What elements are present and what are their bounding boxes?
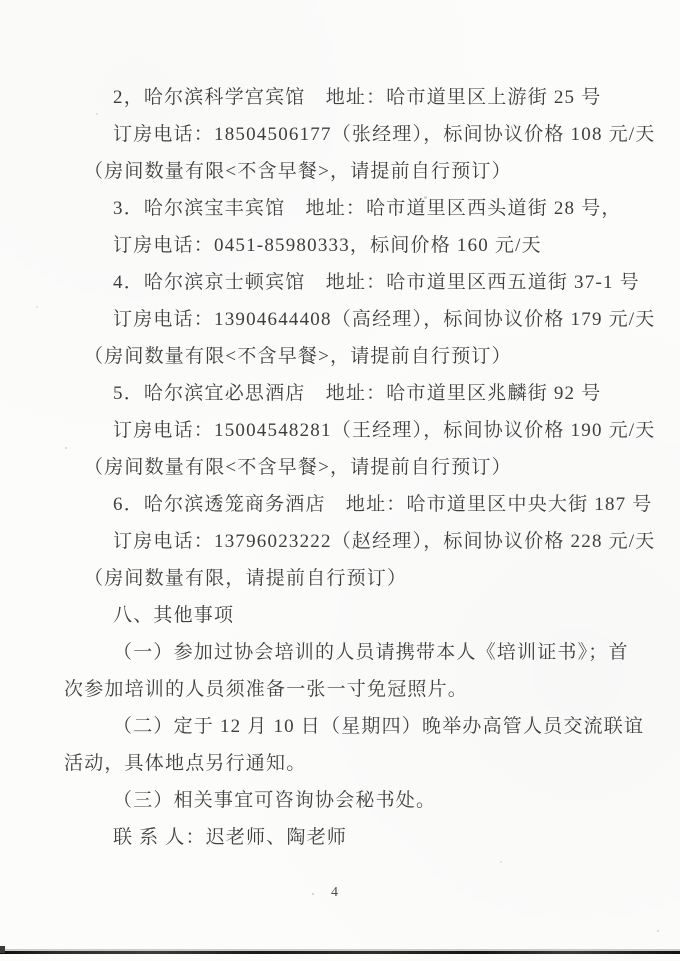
page-number: 4 bbox=[331, 884, 338, 902]
scan-speck bbox=[65, 447, 67, 449]
other-item-line: 次参加培训的人员须准备一张一寸免冠照片。 bbox=[0, 671, 640, 708]
hotel-entry-heading: 2，哈尔滨科学宫宾馆 地址：哈市道里区上游街 25 号 bbox=[0, 79, 640, 116]
hotel-entry-phone: 订房电话：15004548281（王经理），标间协议价格 190 元/天 bbox=[0, 412, 640, 449]
other-item-line: （一）参加过协会培训的人员请携带本人《培训证书》；首 bbox=[0, 634, 640, 671]
hotel-entry-phone: 订房电话：13904644408（高经理），标间协议价格 179 元/天 bbox=[0, 301, 640, 338]
hotel-entry-heading: 5．哈尔滨宜必思酒店 地址：哈市道里区兆麟街 92 号 bbox=[0, 375, 640, 412]
scan-speck bbox=[657, 930, 659, 932]
hotel-entry-heading: 3．哈尔滨宝丰宾馆 地址：哈市道里区西头道街 28 号， bbox=[0, 190, 640, 227]
hotel-entry-heading: 4．哈尔滨京士顿宾馆 地址：哈市道里区西五道街 37-1 号 bbox=[0, 264, 640, 301]
scan-speck bbox=[424, 196, 427, 199]
hotel-entry-phone: 订房电话：13796023222（赵经理），标间协议价格 228 元/天 bbox=[0, 523, 640, 560]
other-item-line: 活动，具体地点另行通知。 bbox=[0, 745, 640, 782]
scan-edge-line bbox=[0, 951, 680, 954]
scan-speck bbox=[611, 723, 613, 725]
other-item-line: （二）定于 12 月 10 日（星期四）晚举办高管人员交流联谊 bbox=[0, 708, 640, 745]
hotel-entry-heading: 6．哈尔滨透笼商务酒店 地址：哈市道里区中央大街 187 号 bbox=[0, 486, 640, 523]
section-heading: 八、其他事项 bbox=[0, 597, 640, 634]
scan-speck bbox=[500, 861, 502, 863]
hotel-entry-note: （房间数量有限<不含早餐>，请提前自行预订） bbox=[0, 338, 640, 375]
contact-line: 联 系 人：迟老师、陶老师 bbox=[0, 819, 640, 856]
scan-speck bbox=[96, 113, 98, 115]
document-body: 2，哈尔滨科学宫宾馆 地址：哈市道里区上游街 25 号 订房电话：1850450… bbox=[0, 79, 640, 856]
hotel-entry-note: （房间数量有限<不含早餐>，请提前自行预订） bbox=[0, 153, 640, 190]
hotel-entry-note: （房间数量有限，请提前自行预订） bbox=[0, 560, 640, 597]
hotel-entry-phone: 订房电话：18504506177（张经理），标间协议价格 108 元/天 bbox=[0, 116, 640, 153]
other-item-line: （三）相关事宜可咨询协会秘书处。 bbox=[0, 782, 640, 819]
scan-speck bbox=[312, 893, 314, 895]
hotel-entry-phone: 订房电话：0451-85980333，标间价格 160 元/天 bbox=[0, 227, 640, 264]
scanned-document-page: 2，哈尔滨科学宫宾馆 地址：哈市道里区上游街 25 号 订房电话：1850450… bbox=[0, 0, 680, 961]
scan-speck bbox=[36, 306, 38, 308]
scan-corner-notch bbox=[0, 946, 5, 953]
hotel-entry-note: （房间数量有限<不含早餐>，请提前自行预订） bbox=[0, 449, 640, 486]
